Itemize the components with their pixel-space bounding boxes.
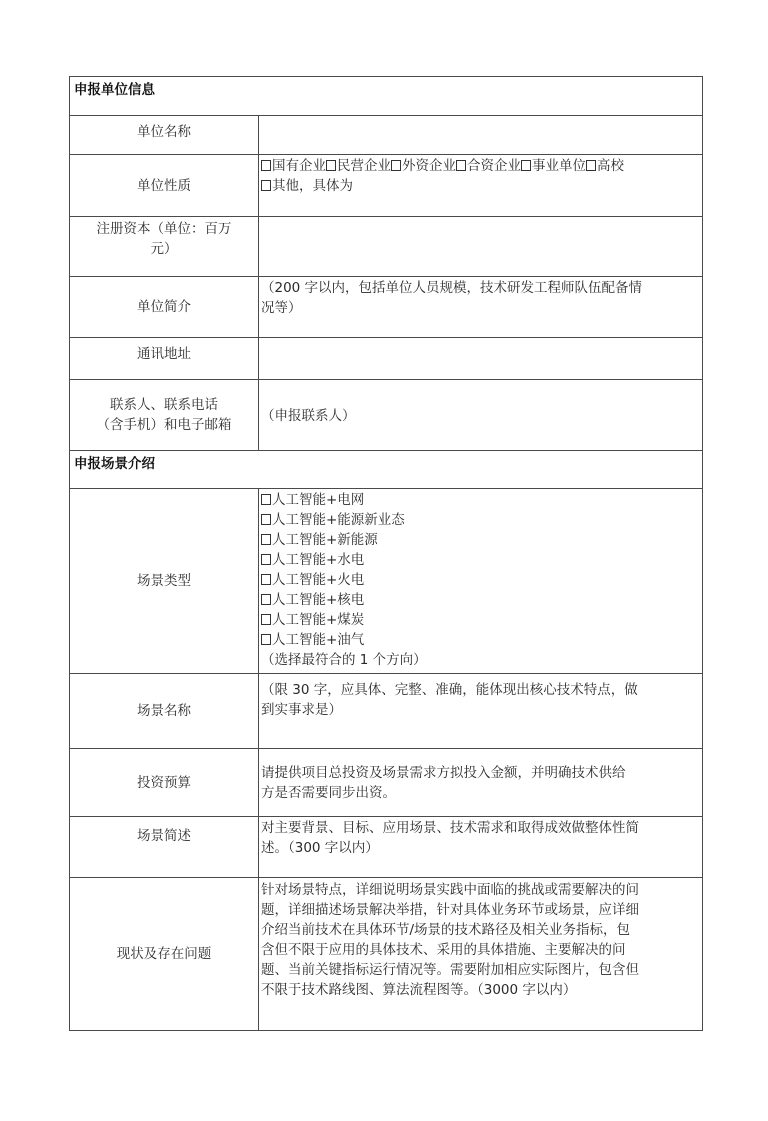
option-scene-type-3[interactable]: 人工智能+水电 [261, 550, 696, 570]
checkbox-icon[interactable] [391, 160, 401, 171]
label-scene-type: 场景类型 [70, 489, 259, 674]
checkbox-icon[interactable] [261, 614, 271, 625]
section-row-unit-info: 申报单位信息 [70, 77, 703, 116]
checkbox-icon[interactable] [261, 160, 271, 171]
row-status-and-issues: 现状及存在问题 针对场景特点，详细说明场景实践中面临的挑战或需要解决的问 题，详… [70, 878, 703, 1031]
section-title-unit-info: 申报单位信息 [70, 77, 703, 116]
option-scene-type-0[interactable]: 人工智能+电网 [261, 490, 696, 510]
label-unit-intro: 单位简介 [70, 277, 259, 338]
label-investment-budget: 投资预算 [70, 749, 259, 817]
checkbox-icon[interactable] [261, 180, 271, 191]
field-registered-capital[interactable] [259, 217, 703, 277]
label-address: 通讯地址 [70, 338, 259, 380]
scene-type-options: 人工智能+电网 人工智能+能源新业态 人工智能+新能源 人工智能+水电 人工智能… [261, 490, 696, 670]
field-unit-name[interactable] [259, 116, 703, 155]
scene-type-note: （选择最符合的 1 个方向） [261, 650, 696, 670]
option-scene-type-2[interactable]: 人工智能+新能源 [261, 530, 696, 550]
field-scene-type: 人工智能+电网 人工智能+能源新业态 人工智能+新能源 人工智能+水电 人工智能… [259, 489, 703, 674]
row-address: 通讯地址 [70, 338, 703, 380]
field-unit-nature: 国有企业民营企业外资企业合资企业事业单位高校 其他，具体为 [259, 155, 703, 217]
checkbox-icon[interactable] [261, 634, 271, 645]
checkbox-icon[interactable] [521, 160, 531, 171]
option-unit-nature-0[interactable]: 国有企业 [261, 158, 326, 174]
option-scene-type-1[interactable]: 人工智能+能源新业态 [261, 510, 696, 530]
row-scene-type: 场景类型 人工智能+电网 人工智能+能源新业态 人工智能+新能源 人工智能+水电… [70, 489, 703, 674]
row-unit-name: 单位名称 [70, 116, 703, 155]
label-unit-nature: 单位性质 [70, 155, 259, 217]
option-unit-nature-4[interactable]: 事业单位 [521, 158, 586, 174]
option-scene-type-6[interactable]: 人工智能+煤炭 [261, 610, 696, 630]
option-unit-nature-1[interactable]: 民营企业 [326, 158, 391, 174]
row-scene-summary: 场景简述 对主要背景、目标、应用场景、技术需求和取得成效做整体性简 述。（300… [70, 817, 703, 878]
row-unit-intro: 单位简介 （200 字以内，包括单位人员规模，技术研发工程师队伍配备情 况等） [70, 277, 703, 338]
checkbox-icon[interactable] [261, 494, 271, 505]
field-scene-summary[interactable]: 对主要背景、目标、应用场景、技术需求和取得成效做整体性简 述。（300 字以内） [259, 817, 703, 878]
option-unit-nature-3[interactable]: 合资企业 [456, 158, 521, 174]
option-scene-type-7[interactable]: 人工智能+油气 [261, 630, 696, 650]
section-row-scene-intro: 申报场景介绍 [70, 451, 703, 489]
row-scene-name: 场景名称 （限 30 字，应具体、完整、准确，能体现出核心技术特点，做 到实事求… [70, 674, 703, 749]
option-scene-type-4[interactable]: 人工智能+火电 [261, 570, 696, 590]
field-status-and-issues[interactable]: 针对场景特点，详细说明场景实践中面临的挑战或需要解决的问 题，详细描述场景解决举… [259, 878, 703, 1031]
checkbox-icon[interactable] [261, 554, 271, 565]
field-investment-budget[interactable]: 请提供项目总投资及场景需求方拟投入金额，并明确技术供给 方是否需要同步出资。 [259, 749, 703, 817]
label-scene-summary: 场景简述 [70, 817, 259, 878]
checkbox-icon[interactable] [456, 160, 466, 171]
row-registered-capital: 注册资本（单位：百万 元） [70, 217, 703, 277]
label-status-and-issues: 现状及存在问题 [70, 878, 259, 1031]
option-unit-nature-2[interactable]: 外资企业 [391, 158, 456, 174]
application-form-table: 申报单位信息 单位名称 单位性质 国有企业民营企业外资企业合资企业事业单位高校 … [69, 76, 703, 1031]
checkbox-icon[interactable] [326, 160, 336, 171]
label-scene-name: 场景名称 [70, 674, 259, 749]
field-contact[interactable]: （申报联系人） [259, 380, 703, 451]
row-investment-budget: 投资预算 请提供项目总投资及场景需求方拟投入金额，并明确技术供给 方是否需要同步… [70, 749, 703, 817]
option-scene-type-5[interactable]: 人工智能+核电 [261, 590, 696, 610]
label-contact: 联系人、联系电话 （含手机）和电子邮箱 [70, 380, 259, 451]
checkbox-icon[interactable] [261, 594, 271, 605]
checkbox-icon[interactable] [261, 534, 271, 545]
checkbox-icon[interactable] [261, 574, 271, 585]
option-unit-nature-5[interactable]: 高校 [586, 158, 624, 174]
section-title-scene-intro: 申报场景介绍 [70, 451, 703, 489]
option-unit-nature-6[interactable]: 其他，具体为 [261, 178, 353, 194]
field-scene-name[interactable]: （限 30 字，应具体、完整、准确，能体现出核心技术特点，做 到实事求是） [259, 674, 703, 749]
checkbox-icon[interactable] [586, 160, 596, 171]
row-unit-nature: 单位性质 国有企业民营企业外资企业合资企业事业单位高校 其他，具体为 [70, 155, 703, 217]
row-contact: 联系人、联系电话 （含手机）和电子邮箱 （申报联系人） [70, 380, 703, 451]
checkbox-icon[interactable] [261, 514, 271, 525]
field-address[interactable] [259, 338, 703, 380]
label-registered-capital: 注册资本（单位：百万 元） [70, 217, 259, 277]
label-unit-name: 单位名称 [70, 116, 259, 155]
field-unit-intro[interactable]: （200 字以内，包括单位人员规模，技术研发工程师队伍配备情 况等） [259, 277, 703, 338]
